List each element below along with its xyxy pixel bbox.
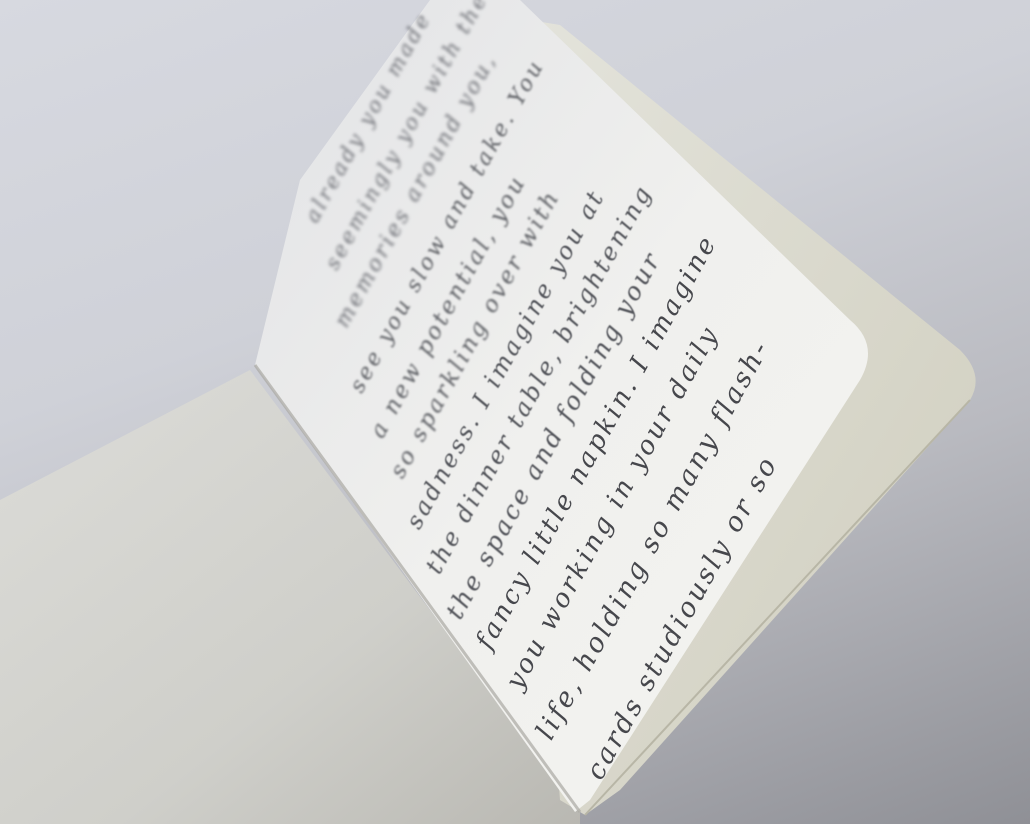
notebook-photo: already you made seemingly you with the … xyxy=(0,0,1030,824)
handwritten-note: already you made seemingly you with the … xyxy=(0,0,1030,824)
